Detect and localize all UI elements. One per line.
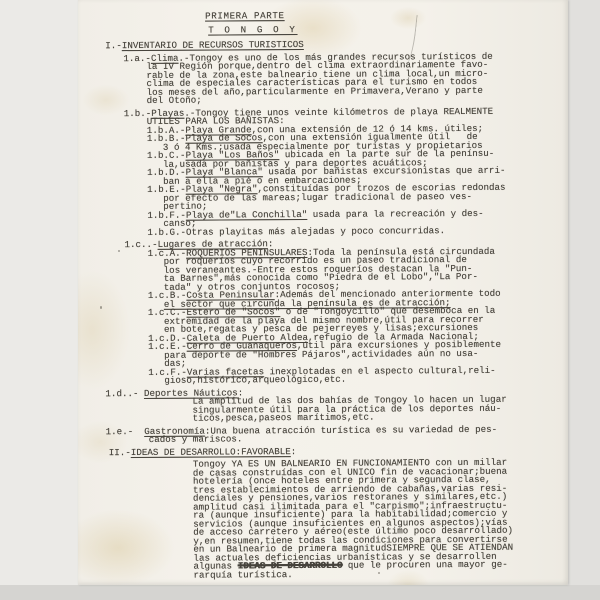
doc-underlined-text: INVENTARIO DE RECURSOS TURISTICOS [122, 39, 304, 51]
part-title: PRIMERA PARTE [78, 10, 568, 21]
document-page: PRIMERA PARTE T O N G O Y I.-INVENTARIO … [78, 0, 568, 585]
background-left-strip [0, 0, 78, 600]
doc-text: cados y mariscos. [149, 433, 243, 445]
doc-text: para deporte de "Hombres Pájaros",activi… [164, 347, 478, 360]
doc-text: por efecto de las mareas;lugar tradicion… [163, 190, 472, 203]
doc-line: 1.b.G.-Otras playitas más alejadas y poc… [79, 226, 568, 237]
doc-text: I.- [105, 40, 122, 51]
doc-text: II.- [109, 447, 131, 458]
doc-text: :Una buena atracción turística es su var… [205, 423, 497, 436]
doc-underlined-text: Playa de"La Conchilla" [186, 208, 307, 220]
main-title-text: T O N G O Y [208, 24, 297, 36]
doc-underlined-text: IDEAS DE DESARROLLO:FAVORABLE [131, 446, 291, 458]
doc-text: rarquía turística. [193, 569, 292, 581]
doc-text: gioso,histórico,arqueológico,etc. [164, 374, 346, 386]
document-body: I.-INVENTARIO DE RECURSOS TURISTICOS1.a.… [78, 39, 568, 580]
doc-line: II.-IDEAS DE DESARROLLO:FAVORABLE: [81, 446, 568, 457]
main-title: T O N G O Y [78, 24, 568, 35]
document-text: PRIMERA PARTE T O N G O Y I.-INVENTARIO … [78, 0, 568, 585]
doc-text: 1.e.- [106, 425, 145, 436]
doc-text: : [291, 446, 297, 457]
doc-line: I.-INVENTARIO DE RECURSOS TURISTICOS [78, 39, 568, 50]
doc-text: usada para la recreación y des- [307, 207, 484, 219]
part-title-text: PRIMERA PARTE [205, 10, 285, 21]
doc-text: 1.b.G.-Otras playitas más alejadas y poc… [147, 225, 445, 238]
doc-text: del Otoño; [147, 95, 202, 106]
background-bottom-strip [0, 585, 600, 600]
doc-line: ticos,pesca,paseos marítimos,etc. [81, 412, 568, 423]
doc-text: 1.d..- [105, 387, 144, 398]
doc-text: que le procuren una mayor ge- [342, 559, 507, 571]
doc-text: ticos,pesca,paseos marítimos,etc. [193, 412, 375, 424]
